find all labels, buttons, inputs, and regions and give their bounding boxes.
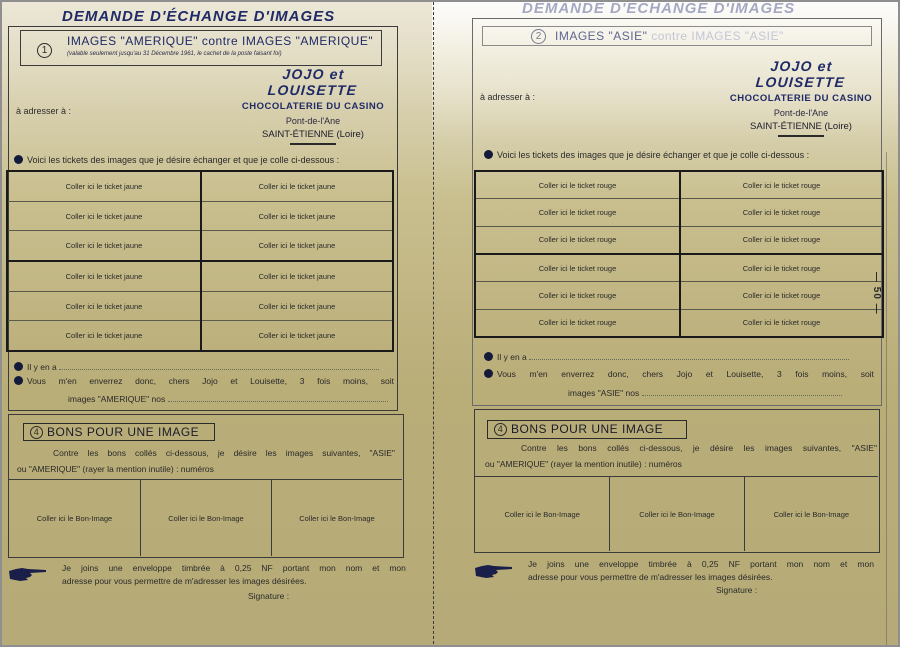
- bullet-icon: [484, 150, 493, 159]
- word: et: [230, 376, 237, 386]
- ticket-column-right: Coller ici le ticket jaune Coller ici le…: [200, 172, 392, 350]
- bullet-icon: [14, 155, 23, 164]
- word: donc,: [135, 376, 156, 386]
- word: fois: [317, 376, 330, 386]
- word: collés: [135, 445, 157, 461]
- bons-instructions-line2: ou "AMERIQUE" (rayer la mention inutile)…: [17, 461, 395, 477]
- word: 3: [777, 369, 782, 379]
- word: désire: [234, 445, 257, 461]
- word: Contre: [53, 445, 79, 461]
- address-label: à adresser à :: [480, 92, 535, 102]
- word: enveloppe: [599, 558, 638, 571]
- ticket-slot[interactable]: Coller ici le ticket rouge: [681, 255, 882, 282]
- tickets-intro: Voici les tickets des images que je dési…: [14, 155, 339, 165]
- word: mon: [319, 562, 336, 575]
- word: suivantes,: [803, 440, 841, 456]
- word: donc,: [608, 369, 629, 379]
- word: m'en: [529, 369, 547, 379]
- word: NF: [261, 562, 272, 575]
- word: Jojo: [202, 376, 218, 386]
- word: les: [744, 440, 755, 456]
- section-title: IMAGES "AMERIQUE" contre IMAGES "AMERIQU…: [67, 34, 373, 48]
- bon-image-grid: Coller ici le Bon-Image Coller ici le Bo…: [9, 479, 402, 556]
- section-title-main: IMAGES "ASIE": [555, 29, 647, 43]
- word: moins,: [343, 376, 368, 386]
- bon-image-slot[interactable]: Coller ici le Bon-Image: [9, 480, 140, 556]
- section-number: 2: [531, 29, 546, 44]
- ticket-column-left: Coller ici le ticket jaune Coller ici le…: [8, 172, 200, 350]
- word: Je: [528, 558, 537, 571]
- images-number-label: images "AMERIQUE" nos: [68, 394, 165, 404]
- word: fois: [795, 369, 808, 379]
- section-number: 1: [37, 43, 52, 58]
- word: enverrez: [89, 376, 122, 386]
- word: portant: [283, 562, 309, 575]
- word: portant: [750, 558, 776, 571]
- signature-field[interactable]: Signature :: [248, 591, 289, 601]
- bon-image-slot[interactable]: Coller ici le Bon-Image: [609, 477, 743, 551]
- word: Contre: [521, 440, 547, 456]
- tickets-intro-text: Voici les tickets des images que je dési…: [497, 150, 809, 160]
- form-title: DEMANDE D'ÉCHANGE D'IMAGES: [522, 0, 795, 17]
- word: enveloppe: [133, 562, 172, 575]
- word: 3: [300, 376, 305, 386]
- bons-number: 4: [30, 426, 43, 439]
- bons-header: 4BONS POUR UNE IMAGE: [23, 423, 215, 441]
- tickets-intro: Voici les tickets des images que je dési…: [484, 150, 809, 160]
- ticket-slot[interactable]: Coller ici le ticket jaune: [8, 172, 200, 202]
- bons-title: BONS POUR UNE IMAGE: [47, 425, 199, 439]
- word: soit: [861, 369, 874, 379]
- ticket-slot[interactable]: Coller ici le ticket jaune: [8, 321, 200, 350]
- address-name: JOJO et LOUISETTE: [237, 66, 389, 98]
- word: Louisette,: [726, 369, 763, 379]
- address-block: JOJO et LOUISETTE CHOCOLATERIE DU CASINO…: [726, 58, 876, 137]
- bullet-icon: [484, 352, 493, 361]
- word: 0,25: [235, 562, 252, 575]
- word: m'en: [59, 376, 77, 386]
- bullet-icon: [14, 376, 23, 385]
- word: images: [286, 445, 313, 461]
- word: mon: [787, 558, 804, 571]
- count-label: Il y en a: [497, 352, 527, 362]
- word: timbrée: [182, 562, 210, 575]
- ticket-slot[interactable]: Coller ici le ticket jaune: [8, 292, 200, 322]
- ticket-slot[interactable]: Coller ici le ticket jaune: [8, 202, 200, 232]
- address-name: JOJO et LOUISETTE: [725, 58, 877, 90]
- word: "ASIE": [370, 445, 395, 461]
- address-underline: [778, 135, 824, 137]
- ticket-slot[interactable]: Coller ici le ticket jaune: [202, 262, 392, 292]
- bons-instructions: Contre les bons collés ci-dessous, je dé…: [485, 440, 877, 472]
- images-number-field[interactable]: images "ASIE" nos: [568, 388, 842, 398]
- bullet-icon: [484, 369, 493, 378]
- word: une: [575, 558, 589, 571]
- word: enverrez: [561, 369, 594, 379]
- ticket-slot[interactable]: Coller ici le ticket rouge: [476, 282, 679, 309]
- word: images: [765, 440, 792, 456]
- count-blank[interactable]: [59, 369, 379, 370]
- word: nom: [346, 562, 363, 575]
- form-title: DEMANDE D'ÉCHANGE D'IMAGES: [62, 8, 335, 25]
- ticket-slot[interactable]: Coller ici le ticket rouge: [681, 199, 882, 226]
- envelope-note-line2: adresse pour vous permettre de m'adresse…: [528, 571, 874, 584]
- count-label: Il y en a: [27, 362, 57, 372]
- ticket-slot[interactable]: Coller ici le ticket rouge: [476, 172, 679, 199]
- ticket-slot[interactable]: Coller ici le ticket jaune: [202, 321, 392, 350]
- word: et: [372, 562, 379, 575]
- page-number: — 50 —: [871, 272, 882, 315]
- word: Vous: [497, 369, 516, 379]
- address-block: JOJO et LOUISETTE CHOCOLATERIE DU CASINO…: [238, 66, 388, 145]
- images-number-blank[interactable]: [642, 395, 842, 396]
- ticket-grid: Coller ici le ticket jaune Coller ici le…: [6, 170, 394, 352]
- bons-instructions: Contre les bons collés ci-dessous, je dé…: [17, 445, 395, 477]
- word: 0,25: [702, 558, 719, 571]
- address-underline: [290, 143, 336, 145]
- address-label: à adresser à :: [16, 106, 71, 116]
- word: "ASIE": [852, 440, 877, 456]
- ticket-slot[interactable]: Coller ici le ticket rouge: [476, 227, 679, 255]
- envelope-note: Je joins une enveloppe timbrée à 0,25 NF…: [528, 558, 874, 584]
- tickets-intro-text: Voici les tickets des images que je dési…: [27, 155, 339, 165]
- section-title: IMAGES "ASIE" contre IMAGES "ASIE": [555, 29, 784, 43]
- address-company: CHOCOLATERIE DU CASINO: [726, 93, 876, 104]
- envelope-note-line2: adresse pour vous permettre de m'adresse…: [62, 575, 406, 588]
- word: je: [693, 440, 700, 456]
- word: nom: [813, 558, 830, 571]
- word: joins: [547, 558, 564, 571]
- word: chers: [169, 376, 190, 386]
- ticket-column-right: Coller ici le ticket rouge Coller ici le…: [679, 172, 882, 336]
- ticket-grid: Coller ici le ticket rouge Coller ici le…: [474, 170, 884, 338]
- ticket-slot[interactable]: Coller ici le ticket rouge: [681, 227, 882, 255]
- pointing-hand-icon: [474, 563, 514, 579]
- word: et: [706, 369, 713, 379]
- word: bons: [108, 445, 126, 461]
- word: à: [220, 562, 225, 575]
- images-number-field[interactable]: images "AMERIQUE" nos: [68, 394, 388, 404]
- ticket-slot[interactable]: Coller ici le ticket rouge: [681, 172, 882, 199]
- word: Je: [62, 562, 71, 575]
- word: joins: [81, 562, 98, 575]
- signature-field[interactable]: Signature :: [716, 585, 757, 595]
- count-field[interactable]: Il y en a: [484, 352, 849, 362]
- bon-image-slot[interactable]: Coller ici le Bon-Image: [744, 477, 878, 551]
- word: timbrée: [649, 558, 677, 571]
- count-blank[interactable]: [529, 359, 849, 360]
- ticket-slot[interactable]: Coller ici le ticket jaune: [8, 231, 200, 262]
- ticket-slot[interactable]: Coller ici le ticket jaune: [202, 231, 392, 262]
- word: je: [218, 445, 225, 461]
- address-place: Pont-de-l'Ane: [726, 108, 876, 118]
- word: soit: [381, 376, 394, 386]
- section-subtitle: (valable seulement jusqu'au 31 Décembre …: [67, 51, 282, 57]
- bons-number: 4: [494, 423, 507, 436]
- bon-image-slot[interactable]: Coller ici le Bon-Image: [475, 477, 609, 551]
- word: et: [840, 558, 847, 571]
- word: une: [108, 562, 122, 575]
- ticket-slot[interactable]: Coller ici le ticket jaune: [8, 262, 200, 292]
- word: suivantes,: [322, 445, 360, 461]
- word: mon: [389, 562, 406, 575]
- word: bons: [578, 440, 596, 456]
- word: NF: [729, 558, 740, 571]
- bons-section: 4BONS POUR UNE IMAGE Contre les bons col…: [474, 409, 880, 553]
- word: mon: [857, 558, 874, 571]
- bons-instructions-line2: ou "AMERIQUE" (rayer la mention inutile)…: [485, 456, 877, 472]
- word: collés: [607, 440, 629, 456]
- section-header: 1 IMAGES "AMERIQUE" contre IMAGES "AMERI…: [20, 30, 382, 66]
- count-field[interactable]: Il y en a: [14, 362, 379, 372]
- send-line: Vous m'en enverrez donc, chers Jojo et L…: [14, 376, 394, 386]
- word: désire: [710, 440, 733, 456]
- ticket-slot[interactable]: Coller ici le ticket jaune: [202, 202, 392, 232]
- word: à: [687, 558, 692, 571]
- ticket-slot[interactable]: Coller ici le ticket rouge: [681, 282, 882, 309]
- bons-section: 4BONS POUR UNE IMAGE Contre les bons col…: [8, 414, 404, 558]
- word: chers: [642, 369, 663, 379]
- bons-header: 4BONS POUR UNE IMAGE: [487, 420, 687, 439]
- ticket-slot[interactable]: Coller ici le ticket rouge: [476, 310, 679, 336]
- envelope-note: Je joins une enveloppe timbrée à 0,25 NF…: [62, 562, 406, 588]
- images-number-label: images "ASIE" nos: [568, 388, 639, 398]
- perforation-line: [433, 2, 434, 647]
- page-edge: [886, 152, 887, 647]
- address-city: SAINT-ÉTIENNE (Loire): [238, 129, 388, 140]
- word: moins,: [822, 369, 847, 379]
- send-line: Vous m'en enverrez donc, chers Jojo et L…: [484, 369, 874, 379]
- bons-title: BONS POUR UNE IMAGE: [511, 422, 663, 436]
- address-place: Pont-de-l'Ane: [238, 116, 388, 126]
- bon-image-slot[interactable]: Coller ici le Bon-Image: [140, 480, 271, 556]
- section-title-faded: contre IMAGES "ASIE": [647, 29, 783, 43]
- ticket-slot[interactable]: Coller ici le ticket rouge: [681, 310, 882, 336]
- ticket-slot[interactable]: Coller ici le ticket rouge: [476, 199, 679, 226]
- ticket-slot[interactable]: Coller ici le ticket jaune: [202, 292, 392, 322]
- address-company: CHOCOLATERIE DU CASINO: [238, 101, 388, 112]
- bon-image-slot[interactable]: Coller ici le Bon-Image: [271, 480, 402, 556]
- ticket-slot[interactable]: Coller ici le ticket rouge: [476, 255, 679, 282]
- bullet-icon: [14, 362, 23, 371]
- address-city: SAINT-ÉTIENNE (Loire): [726, 121, 876, 132]
- bon-image-grid: Coller ici le Bon-Image Coller ici le Bo…: [475, 476, 878, 551]
- word: les: [266, 445, 277, 461]
- word: ci-dessous,: [639, 440, 682, 456]
- word: Vous: [27, 376, 46, 386]
- ticket-column-left: Coller ici le ticket rouge Coller ici le…: [476, 172, 679, 336]
- word: les: [88, 445, 99, 461]
- word: les: [557, 440, 568, 456]
- pointing-hand-icon: [8, 566, 48, 582]
- word: ci-dessous,: [166, 445, 209, 461]
- word: Louisette,: [250, 376, 287, 386]
- ticket-slot[interactable]: Coller ici le ticket jaune: [202, 172, 392, 202]
- section-header: 2 IMAGES "ASIE" contre IMAGES "ASIE": [482, 26, 872, 46]
- images-number-blank[interactable]: [168, 401, 388, 402]
- word: Jojo: [677, 369, 693, 379]
